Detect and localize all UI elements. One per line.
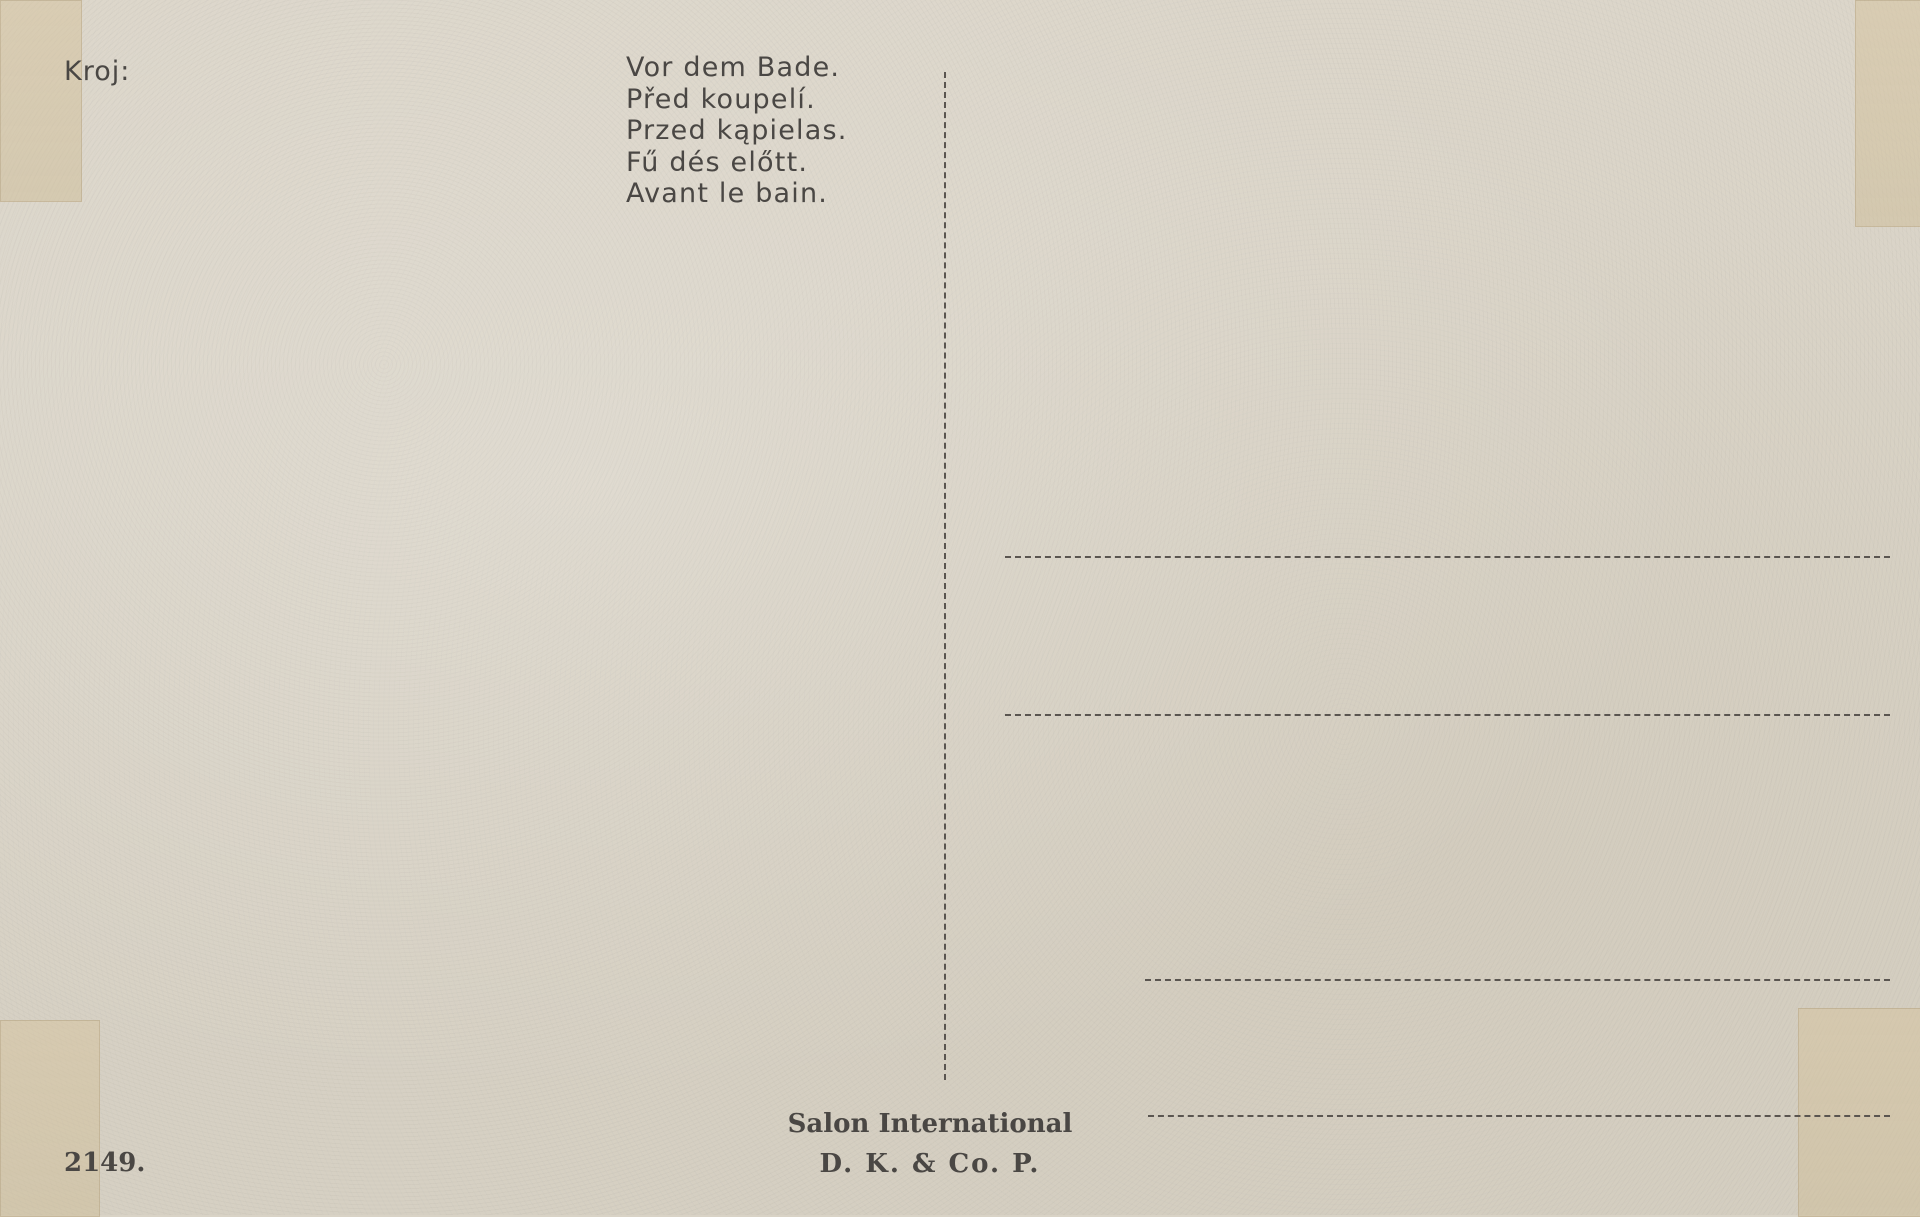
publisher-name: Salon International <box>770 1104 1090 1144</box>
tape-top-right <box>1855 0 1920 227</box>
address-line-2 <box>1005 714 1890 716</box>
costume-label: Kroj: <box>64 56 130 87</box>
address-line-1 <box>1005 556 1890 558</box>
tape-top-left <box>0 0 82 202</box>
tape-bottom-right <box>1798 1008 1920 1215</box>
address-line-3 <box>1145 979 1890 981</box>
caption-french: Avant le bain. <box>626 178 848 210</box>
address-line-4 <box>1148 1115 1890 1117</box>
publisher-imprint: Salon International D. K. & Co. P. <box>770 1104 1090 1184</box>
serial-number: 2149. <box>64 1148 145 1178</box>
message-address-divider <box>944 72 946 1080</box>
caption-czech: Před koupelí. <box>626 84 848 116</box>
multilingual-caption: Vor dem Bade. Před koupelí. Przed kąpiel… <box>626 52 848 210</box>
caption-german: Vor dem Bade. <box>626 52 848 84</box>
caption-polish: Przed kąpielas. <box>626 115 848 147</box>
caption-hungarian: Fű dés előtt. <box>626 147 848 179</box>
postcard-back: Kroj: Vor dem Bade. Před koupelí. Przed … <box>0 0 1920 1215</box>
publisher-initials: D. K. & Co. P. <box>770 1144 1090 1184</box>
tape-bottom-left <box>0 1020 100 1215</box>
